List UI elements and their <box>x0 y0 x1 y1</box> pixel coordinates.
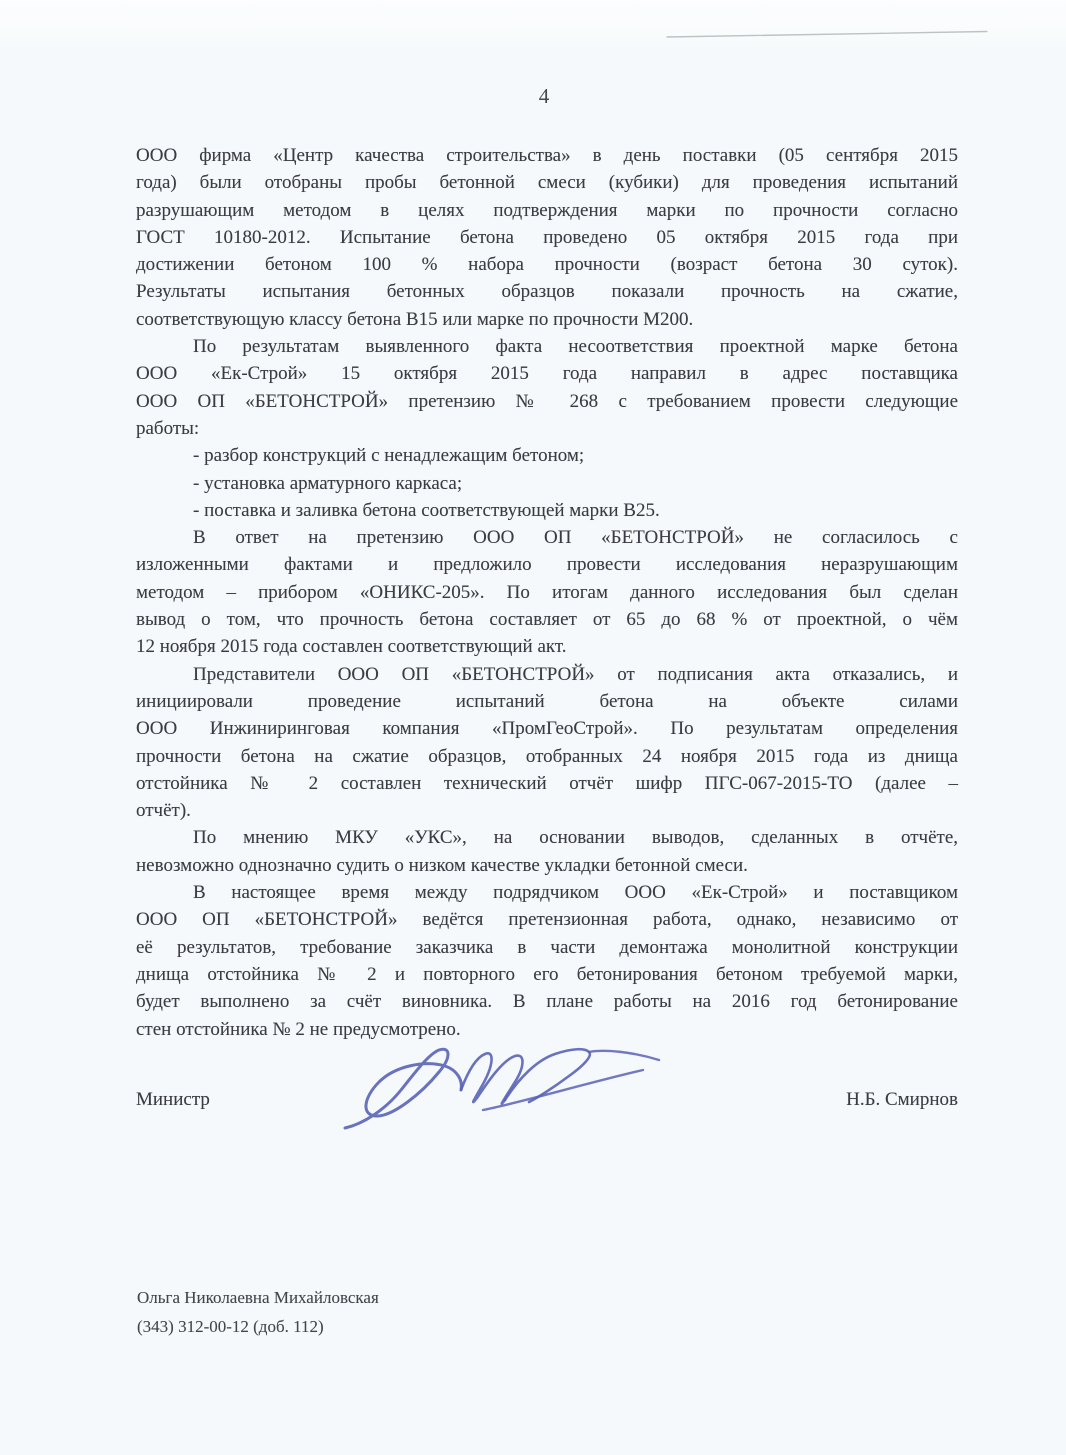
text-line: Результаты испытания бетонных образцов п… <box>136 278 958 305</box>
text-line: соответствующую классу бетона В15 или ма… <box>136 306 958 333</box>
text-line: По мнению МКУ «УКС», на основании выводо… <box>136 824 958 851</box>
paragraph: В настоящее время между подрядчиком ООО … <box>136 879 958 1043</box>
paragraph: ООО фирма «Центр качества строительства»… <box>136 142 958 333</box>
paragraph: В ответ на претензию ООО ОП «БЕТОНСТРОЙ»… <box>136 524 958 660</box>
text-line: прочности бетона на сжатие образцов, ото… <box>136 743 958 770</box>
text-line: разрушающим методом в целях подтверждени… <box>136 197 958 224</box>
text-line: ООО фирма «Центр качества строительства»… <box>136 142 958 169</box>
paragraph: По мнению МКУ «УКС», на основании выводо… <box>136 824 958 879</box>
text-line: ГОСТ 10180-2012. Испытание бетона провед… <box>136 224 958 251</box>
text-line: - поставка и заливка бетона соответствую… <box>136 497 958 524</box>
footer-contact-block: Ольга Николаевна Михайловская (343) 312-… <box>137 1284 379 1341</box>
paragraph: По результатам выявленного факта несоотв… <box>136 333 958 442</box>
text-line: отстойника № 2 составлен технический отч… <box>136 770 958 797</box>
text-line: методом – прибором «ОНИКС-205». По итога… <box>136 579 958 606</box>
document-body: ООО фирма «Центр качества строительства»… <box>136 142 958 1043</box>
text-line: года) были отобраны пробы бетонной смеси… <box>136 169 958 196</box>
text-line: ООО ОП «БЕТОНСТРОЙ» ведётся претензионна… <box>136 906 958 933</box>
text-line: вывод о том, что прочность бетона состав… <box>136 606 958 633</box>
text-line: её результатов, требование заказчика в ч… <box>136 934 958 961</box>
paragraph: Представители ООО ОП «БЕТОНСТРОЙ» от под… <box>136 661 958 825</box>
text-line: днища отстойника № 2 и повторного его бе… <box>136 961 958 988</box>
text-line: будет выполнено за счёт виновника. В пла… <box>136 988 958 1015</box>
text-line: работы: <box>136 415 958 442</box>
signatory-name: Н.Б. Смирнов <box>846 1089 958 1111</box>
contact-name: Ольга Николаевна Михайловская <box>137 1284 379 1313</box>
text-line: 12 ноября 2015 года составлен соответств… <box>136 633 958 660</box>
text-line: инициировали проведение испытаний бетона… <box>136 688 958 715</box>
signature-autograph-icon <box>333 1032 669 1144</box>
page-number: 4 <box>11 84 1066 109</box>
scanned-document-page: 4 ООО фирма «Центр качества строительств… <box>0 0 1066 1455</box>
scan-top-sheen <box>0 0 1066 48</box>
paragraph: - разбор конструкций с ненадлежащим бето… <box>136 442 958 524</box>
text-line: По результатам выявленного факта несоотв… <box>136 333 958 360</box>
text-line: - установка арматурного каркаса; <box>136 470 958 497</box>
signatory-role: Министр <box>136 1089 210 1111</box>
text-line: - разбор конструкций с ненадлежащим бето… <box>136 442 958 469</box>
text-line: ООО ОП «БЕТОНСТРОЙ» претензию № 268 с тр… <box>136 388 958 415</box>
text-line: Представители ООО ОП «БЕТОНСТРОЙ» от под… <box>136 661 958 688</box>
text-line: ООО Инжиниринговая компания «ПромГеоСтро… <box>136 715 958 742</box>
text-line: В настоящее время между подрядчиком ООО … <box>136 879 958 906</box>
text-line: достижении бетоном 100 % набора прочност… <box>136 251 958 278</box>
text-line: отчёт). <box>136 797 958 824</box>
text-line: ООО «Ек-Строй» 15 октября 2015 года напр… <box>136 360 958 387</box>
contact-phone: (343) 312-00-12 (доб. 112) <box>137 1313 379 1342</box>
text-line: В ответ на претензию ООО ОП «БЕТОНСТРОЙ»… <box>136 524 958 551</box>
text-line: изложенными фактами и предложило провест… <box>136 551 958 578</box>
text-line: невозможно однозначно судить о низком ка… <box>136 852 958 879</box>
